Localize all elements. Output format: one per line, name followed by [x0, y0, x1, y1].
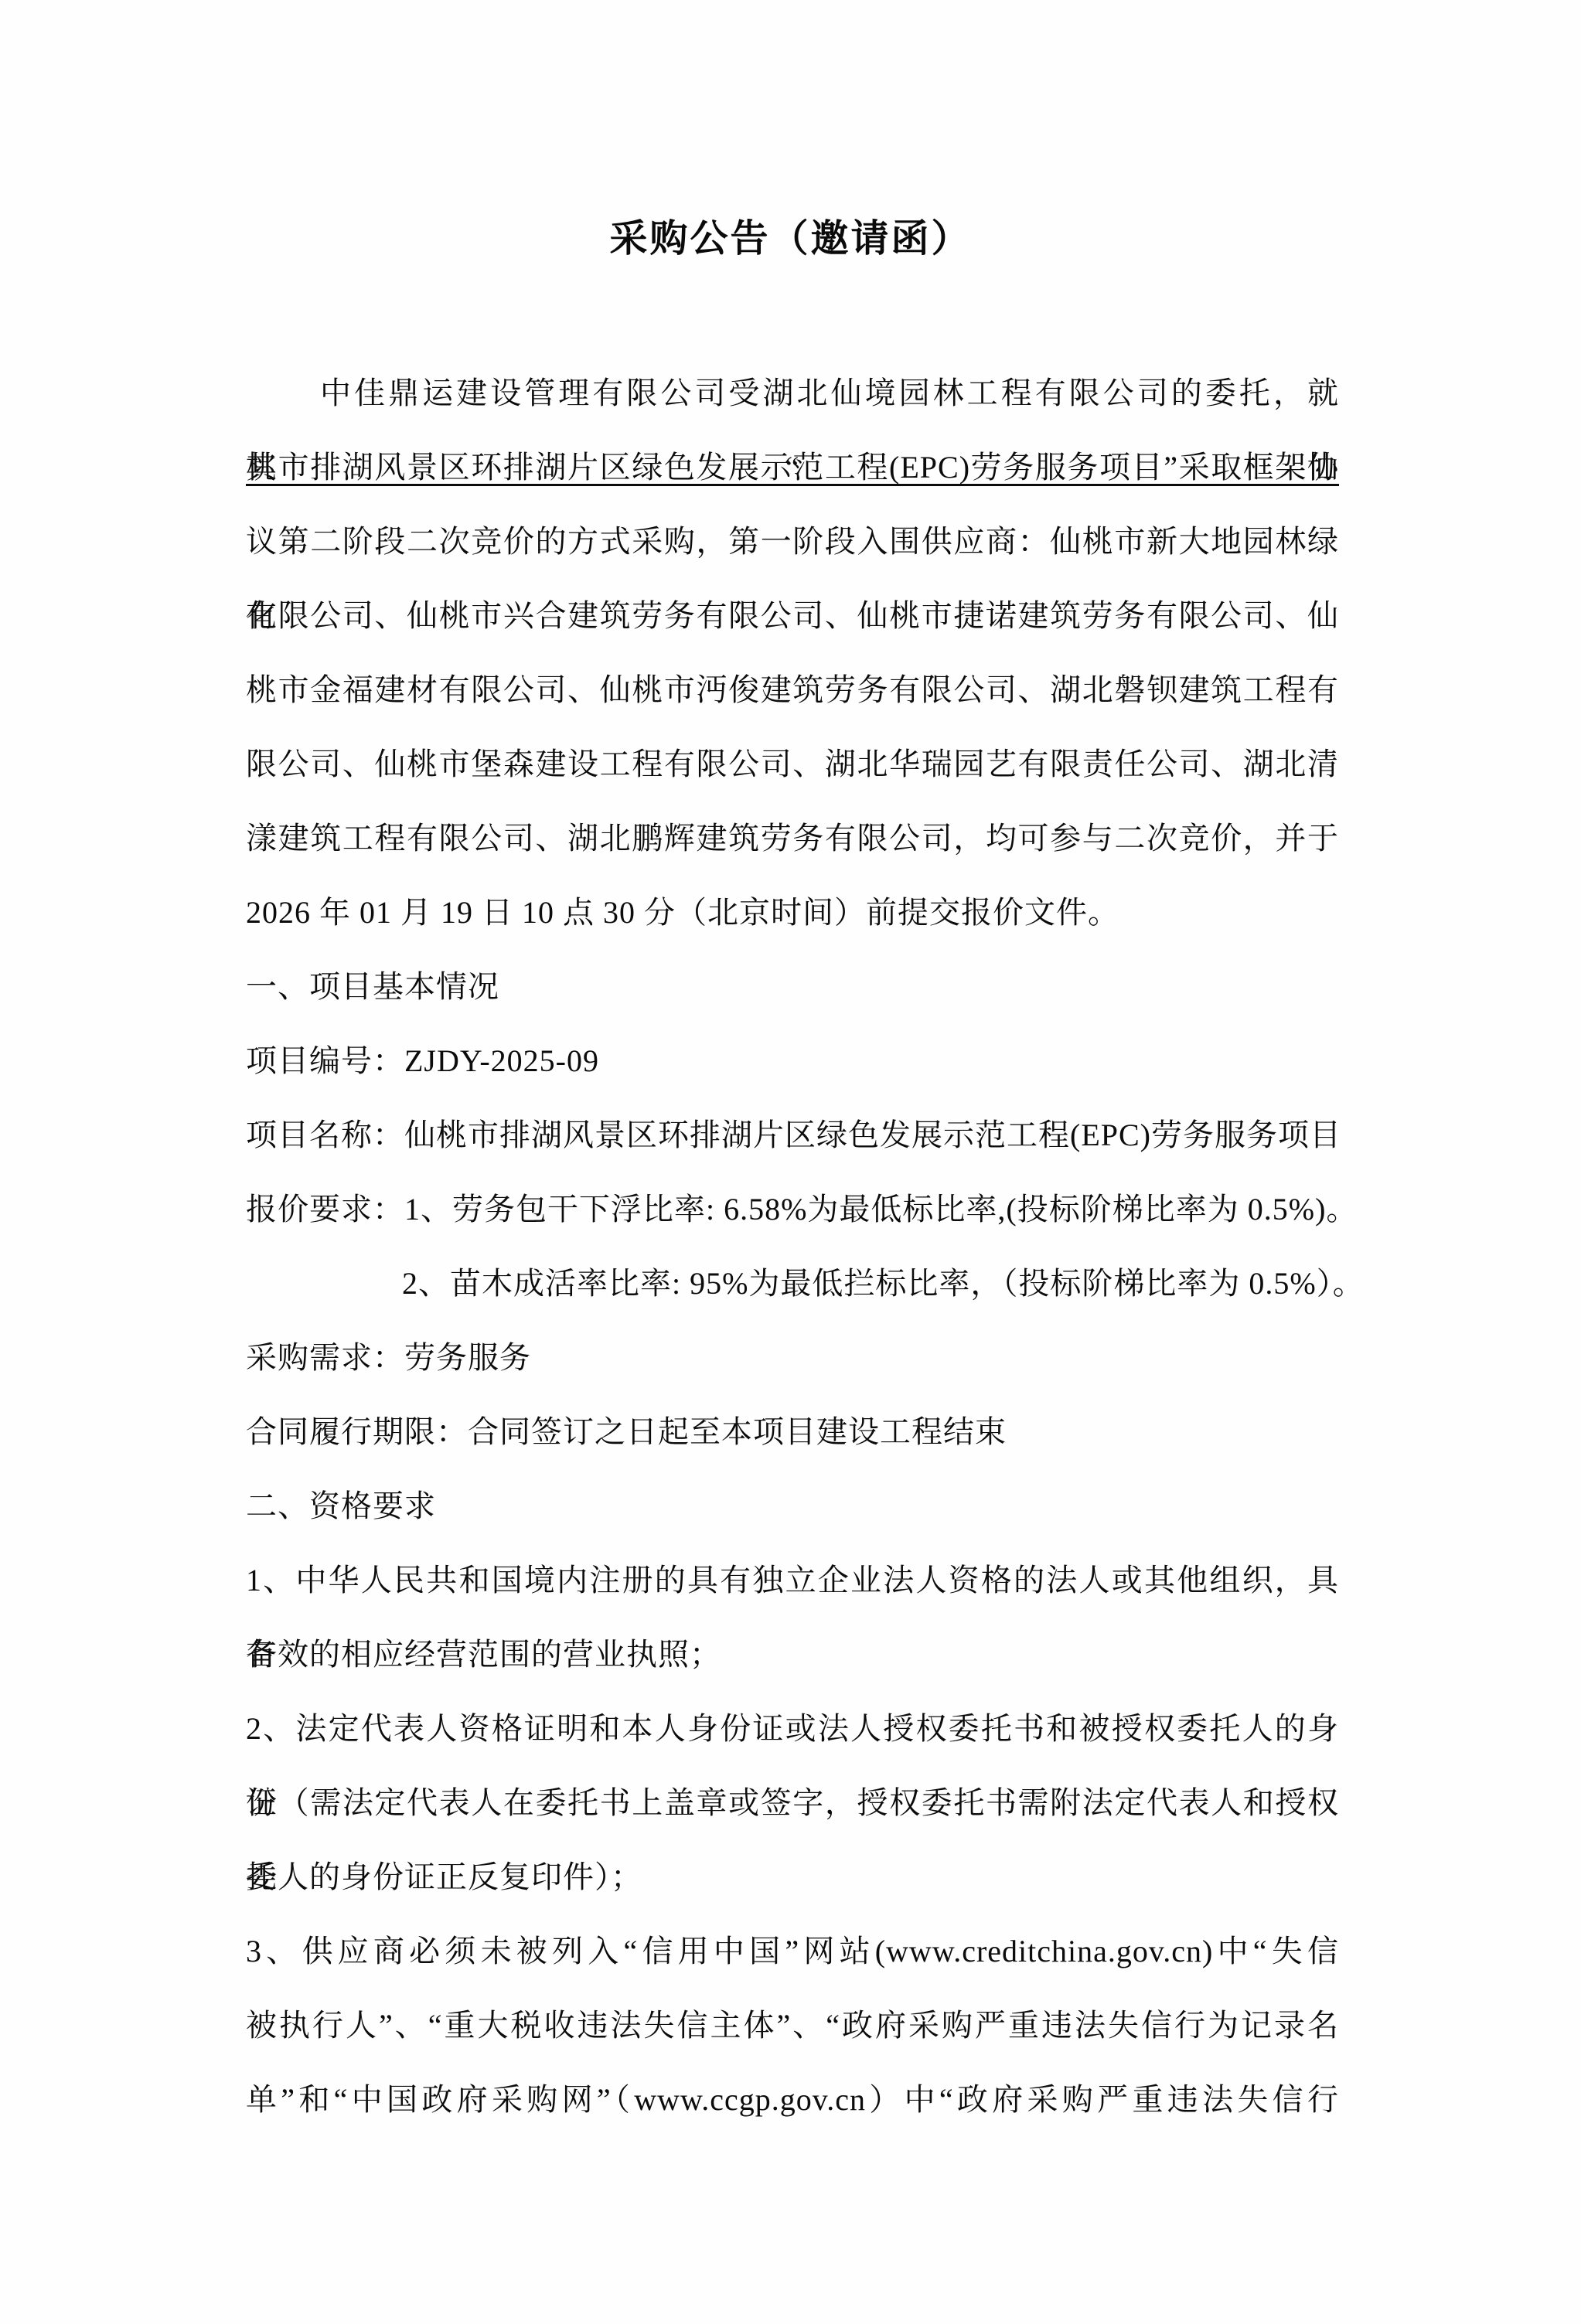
text-line-19: 2、法定代表人资格证明和本人身份证或法人授权委托书和被授权委托人的身份 — [246, 1692, 1339, 1766]
text-line-3: 议第二阶段二次竞价的方式采购，第一阶段入围供应商：仙桃市新大地园林绿化 — [246, 505, 1339, 579]
text-line-21: 托人的身份证正反复印件）； — [246, 1840, 1339, 1914]
text-segment: 采购需求：劳务服务 — [246, 1340, 531, 1375]
document-page: 采购公告（邀请函） 中佳鼎运建设管理有限公司受湖北仙境园林工程有限公司的委托，就… — [0, 0, 1581, 2324]
text-line-15: 合同履行期限：合同签订之日起至本项目建设工程结束 — [246, 1395, 1339, 1469]
text-line-22: 3、供应商必须未被列入“信用中国”网站(www.creditchina.gov.… — [246, 1914, 1339, 1989]
text-line-6: 限公司、仙桃市堡森建设工程有限公司、湖北华瑞园艺有限责任公司、湖北清 — [246, 727, 1339, 801]
text-line-10: 项目编号：ZJDY-2025-09 — [246, 1024, 1339, 1098]
text-line-16: 二、资格要求 — [246, 1469, 1339, 1543]
text-line-11: 项目名称：仙桃市排湖风景区环排湖片区绿色发展示范工程(EPC)劳务服务项目 — [246, 1098, 1339, 1172]
text-segment: 2026 年 01 月 19 日 10 点 30 分（北京时间）前提交报价文件。 — [246, 895, 1119, 930]
text-line-18: 有效的相应经营范围的营业执照； — [246, 1618, 1339, 1692]
text-segment: ”采取框架协 — [1164, 450, 1339, 485]
text-line-17: 1、中华人民共和国境内注册的具有独立企业法人资格的法人或其他组织，具备 — [246, 1543, 1339, 1618]
text-line-13: 2、苗木成活率比率: 95%为最低拦标比率，（投标阶梯比率为 0.5%）。 — [246, 1247, 1339, 1321]
document-title: 采购公告（邀请函） — [0, 209, 1581, 263]
text-segment: 被执行人”、“重大税收违法失信主体”、“政府采购严重违法失信行为记录名 — [246, 2008, 1339, 2043]
text-segment: 合同履行期限：合同签订之日起至本项目建设工程结束 — [246, 1414, 1007, 1449]
text-segment: 二、资格要求 — [246, 1489, 436, 1523]
text-line-20: 证（需法定代表人在委托书上盖章或签字，授权委托书需附法定代表人和授权委 — [246, 1766, 1339, 1840]
text-segment: 项目名称：仙桃市排湖风景区环排湖片区绿色发展示范工程(EPC)劳务服务项目 — [246, 1118, 1341, 1152]
underlined-text: 桃市排湖风景区环排湖片区绿色发展示范工程(EPC)劳务服务项目 — [246, 450, 1164, 485]
document-body: 中佳鼎运建设管理有限公司受湖北仙境园林工程有限公司的委托，就其“仙桃市排湖风景区… — [246, 356, 1339, 2137]
text-segment: 单”和“中国政府采购网”（www.ccgp.gov.cn）中“政府采购严重违法失… — [246, 2082, 1339, 2117]
text-line-5: 桃市金福建材有限公司、仙桃市沔俊建筑劳务有限公司、湖北磐钡建筑工程有 — [246, 653, 1339, 727]
text-segment: 项目编号：ZJDY-2025-09 — [246, 1043, 599, 1078]
text-line-2: 桃市排湖风景区环排湖片区绿色发展示范工程(EPC)劳务服务项目”采取框架协 — [246, 430, 1339, 505]
text-line-12: 报价要求：1、劳务包干下浮比率: 6.58%为最低标比率,(投标阶梯比率为 0.… — [246, 1172, 1339, 1247]
text-line-9: 一、项目基本情况 — [246, 950, 1339, 1024]
text-segment: 3、供应商必须未被列入“信用中国”网站(www.creditchina.gov.… — [246, 1934, 1339, 1968]
text-segment: 报价要求：1、劳务包干下浮比率: 6.58%为最低标比率,(投标阶梯比率为 0.… — [246, 1192, 1358, 1227]
text-line-8: 2026 年 01 月 19 日 10 点 30 分（北京时间）前提交报价文件。 — [246, 876, 1339, 950]
text-line-14: 采购需求：劳务服务 — [246, 1321, 1339, 1395]
text-segment: 一、项目基本情况 — [246, 969, 499, 1004]
text-line-4: 有限公司、仙桃市兴合建筑劳务有限公司、仙桃市捷诺建筑劳务有限公司、仙 — [246, 579, 1339, 653]
text-line-23: 被执行人”、“重大税收违法失信主体”、“政府采购严重违法失信行为记录名 — [246, 1989, 1339, 2063]
text-segment: 限公司、仙桃市堡森建设工程有限公司、湖北华瑞园艺有限责任公司、湖北清 — [246, 747, 1339, 781]
text-segment: 漾建筑工程有限公司、湖北鹏辉建筑劳务有限公司，均可参与二次竞价，并于 — [246, 821, 1339, 856]
text-line-7: 漾建筑工程有限公司、湖北鹏辉建筑劳务有限公司，均可参与二次竞价，并于 — [246, 801, 1339, 876]
text-segment: 托人的身份证正反复印件）； — [246, 1860, 642, 1894]
text-line-1: 中佳鼎运建设管理有限公司受湖北仙境园林工程有限公司的委托，就其“仙 — [246, 356, 1339, 430]
text-segment: 桃市金福建材有限公司、仙桃市沔俊建筑劳务有限公司、湖北磐钡建筑工程有 — [246, 672, 1339, 707]
text-segment: 有效的相应经营范围的营业执照； — [246, 1637, 721, 1672]
text-segment: 2、苗木成活率比率: 95%为最低拦标比率，（投标阶梯比率为 0.5%）。 — [402, 1266, 1365, 1301]
text-line-24: 单”和“中国政府采购网”（www.ccgp.gov.cn）中“政府采购严重违法失… — [246, 2063, 1339, 2137]
text-segment: 有限公司、仙桃市兴合建筑劳务有限公司、仙桃市捷诺建筑劳务有限公司、仙 — [246, 598, 1339, 633]
